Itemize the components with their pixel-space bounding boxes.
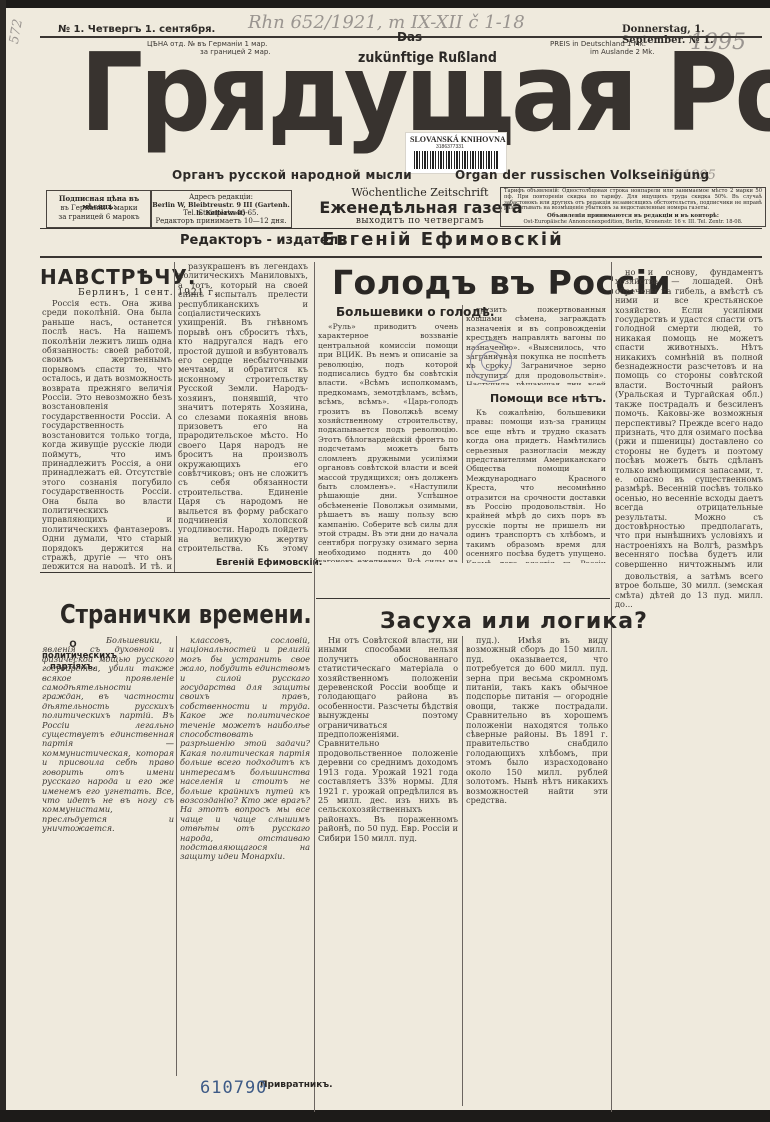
newspaper-page: Rhn 652/1921, m IX-XII č 1-18 1995 SK 19…: [0, 0, 770, 1122]
stranichki-col1: Большевики, явленія съ духовной и физиче…: [42, 636, 174, 1076]
subscription-germany: въ Германіи 4 марки: [47, 204, 151, 212]
section-rule: [316, 598, 610, 599]
subscription-box: Подписная цѣна въ мѣсяцъ: въ Германіи 4 …: [46, 190, 152, 228]
golod-col1: «Руль» приводитъ очень характерное воззв…: [318, 322, 458, 562]
organ-ru: Органъ русской народной мысли: [172, 168, 412, 182]
weekly-day: выходитъ по четвергамъ: [340, 216, 500, 226]
column-divider: [314, 262, 315, 1112]
article-title-navstrechu: НАВСТРѢЧУ.: [40, 265, 196, 289]
masthead-title: Грядущая Россія: [80, 44, 632, 144]
column-divider: [174, 262, 175, 572]
column-divider: [462, 305, 463, 563]
column-divider: [462, 636, 463, 1106]
tariff-text: Тарифъ объявленій: Одностолбцовая строка…: [504, 189, 762, 212]
barcode-icon: [414, 151, 498, 169]
handwritten-shelfmark: Rhn 652/1921, m IX-XII č 1-18: [248, 12, 525, 33]
zasukha-col2: пуд.). Имѣя въ виду возможный сборъ до 1…: [466, 636, 608, 1106]
article-title-stranichki: Странички времени.: [60, 600, 312, 630]
address-hours: Редакторъ принимаетъ 10—12 дня.: [151, 217, 291, 225]
ads-office: Ost-Europäische Annoncenexpedition, Berl…: [501, 219, 765, 225]
article-title-zasukha: Засуха или логика?: [380, 609, 648, 634]
editor-name: Евгеній Ефимовскій: [322, 229, 564, 250]
column-divider: [611, 262, 612, 1112]
weekly-ru: Еженедѣльная газета: [316, 198, 526, 217]
tariff-box: Тарифъ объявленій: Одностолбцовая строка…: [500, 187, 766, 227]
section-rule: [40, 572, 312, 573]
stranichki-col2: классовъ, сословій, національностей и ре…: [180, 636, 310, 1072]
address-box: Адресъ редакціи: Berlin W, Bleibtreustr.…: [150, 190, 292, 228]
golod-col4: но и основу, фундаментъ хозяйства — лоша…: [615, 268, 763, 568]
column-divider: [176, 636, 177, 1076]
sticker-name: SLOVANSKÁ KNIHOVNA: [410, 135, 506, 144]
inventory-stamp: 610790: [200, 1078, 267, 1098]
navstrechu-col2: разукрашенъ въ легендахъ политическихъ М…: [178, 262, 308, 552]
zasukha-col3: довольствія, а затѣмъ всего втрое больше…: [615, 572, 763, 1106]
handwritten-margin: 572: [7, 18, 26, 45]
scan-edge-bottom: [0, 1110, 770, 1122]
header-rule-2: [40, 256, 762, 258]
golod-col3: Къ сожалѣнію, большевики правы: помощи и…: [466, 408, 606, 563]
navstrechu-col1: Россія есть. Она жива среди поколѣній. О…: [42, 299, 172, 569]
library-round-stamp: [470, 340, 512, 382]
organ-de: Organ der russischen Volkseinigung: [455, 168, 709, 182]
navstrechu-signature: Евгеній Ефимовскій.: [216, 558, 322, 568]
address-title: Адресъ редакціи:: [151, 193, 291, 201]
address-tel: Tel. Steinplatz 46-65.: [151, 209, 291, 217]
scan-edge-left: [0, 0, 6, 1122]
zasukha-col1: Ни отъ Совѣтской власти, ни иными способ…: [318, 636, 458, 1106]
golod-subheading-2: Помощи все нѣтъ.: [490, 392, 606, 405]
sticker-code: 3186377331: [436, 144, 464, 150]
subscription-abroad: за границей 6 марокъ: [47, 213, 151, 221]
scan-edge-top: [0, 0, 770, 8]
